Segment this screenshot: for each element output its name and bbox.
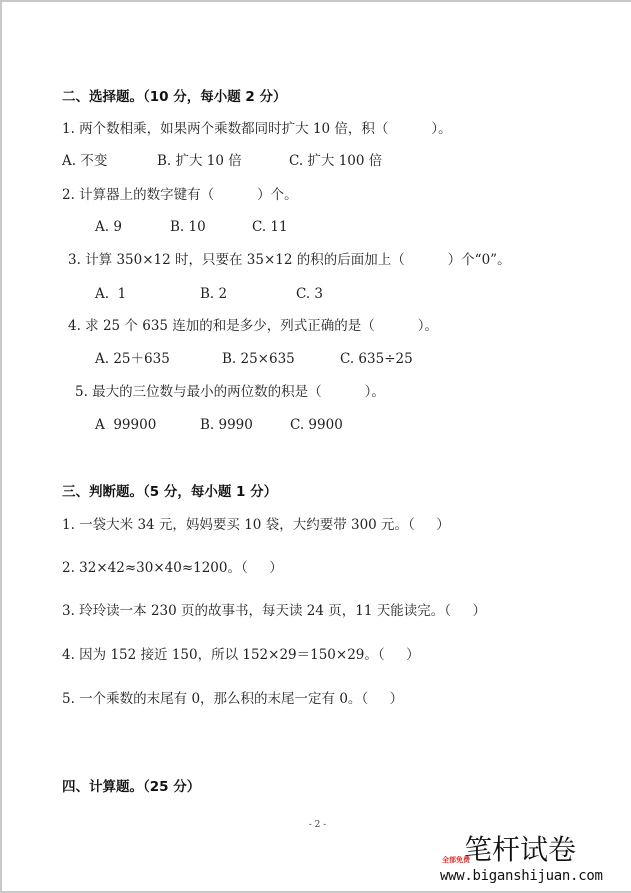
choice-4-option-c: C. 635÷25 [340,350,413,368]
choice-3-option-c: C. 3 [296,285,323,303]
exam-page: 二、选择题。（10 分，每小题 2 分） 1. 两个数相乘，如果两个乘数都同时扩… [0,0,631,893]
choice-5-option-c: C. 9900 [290,416,343,434]
judge-question-2: 2. 32×42≈30×40≈1200。（ ） [62,559,283,577]
choice-3-option-b: B. 2 [200,285,227,303]
judge-question-4: 4. 因为 152 接近 150，所以 152×29＝150×29。（ ） [62,646,420,664]
section-heading-calc: 四、计算题。（25 分） [62,778,200,796]
choice-2-option-b: B. 10 [170,218,206,236]
section-heading-choice: 二、选择题。（10 分，每小题 2 分） [62,88,287,106]
choice-1-option-a: A. 不变 [62,152,107,170]
choice-1-option-c: C. 扩大 100 倍 [289,152,382,170]
judge-question-5: 5. 一个乘数的末尾有 0，那么积的末尾一定有 0。（ ） [62,690,403,708]
brand-url: www.biganshijuan.com [440,867,603,885]
choice-2-option-a: A. 9 [95,218,122,236]
judge-question-3: 3. 玲玲读一本 230 页的故事书，每天读 24 页，11 天能读完。（ ） [62,602,486,620]
choice-5-option-b: B. 9990 [200,416,253,434]
choice-2-option-c: C. 11 [252,218,288,236]
brand-watermark: 全部免费 笔杆试卷 www.biganshijuan.com [440,835,630,890]
brand-title: 笔杆试卷 [464,835,576,865]
choice-question-3: 3. 计算 350×12 时，只要在 35×12 的积的后面加上（ ）个“0”。 [68,251,511,269]
choice-3-option-a: A. 1 [95,285,126,303]
choice-question-2: 2. 计算器上的数字键有（ ）个。 [62,186,298,204]
choice-question-4: 4. 求 25 个 635 连加的和是多少，列式正确的是（ ）。 [68,317,438,335]
judge-question-1: 1. 一袋大米 34 元，妈妈要买 10 袋，大约要带 300 元。（ ） [62,516,450,534]
section-heading-judge: 三、判断题。（5 分，每小题 1 分） [62,483,277,501]
choice-question-1: 1. 两个数相乘，如果两个乘数都同时扩大 10 倍，积（ ）。 [62,120,452,138]
choice-5-option-a: A 99900 [95,416,156,434]
page-number: - 2 - [2,820,631,830]
choice-1-option-b: B. 扩大 10 倍 [157,152,242,170]
choice-4-option-b: B. 25×635 [222,350,295,368]
choice-4-option-a: A. 25＋635 [95,350,170,368]
choice-question-5: 5. 最大的三位数与最小的两位数的积是（ ）。 [75,383,385,401]
